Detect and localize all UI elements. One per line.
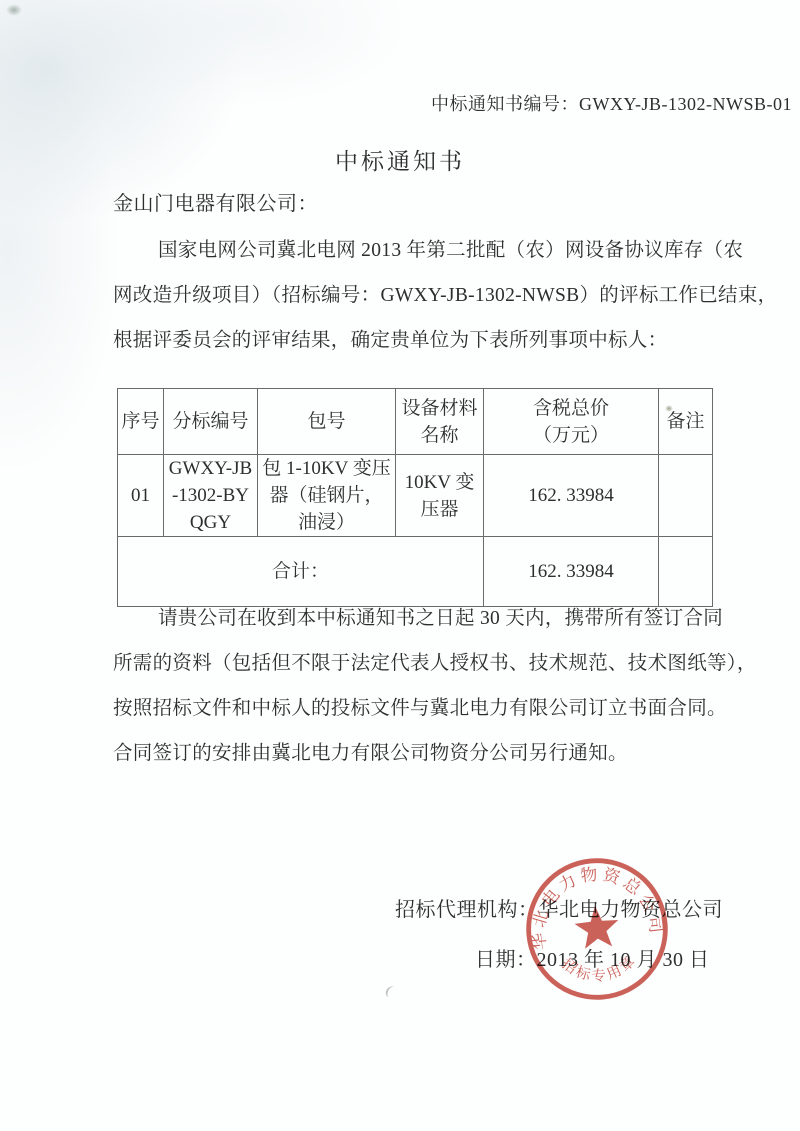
table-header-row: 序号 分标编号 包号 设备材料名称 含税总价 （万元） 备注 (118, 389, 713, 455)
paragraph-line: 所需的资料（包括但不限于法定代表人授权书、技术规范、技术图纸等）， (113, 641, 717, 686)
cell-seq: 01 (118, 455, 164, 537)
col-header-lot-number: 分标编号 (164, 389, 258, 455)
col-header-seq: 序号 (118, 389, 164, 455)
cell-remark (659, 455, 713, 537)
paragraph-line: 根据评委员会的评审结果，确定贵单位为下表所列事项中标人： (113, 318, 717, 363)
paragraph-line: 国家电网公司冀北电网 2013 年第二批配（农）网设备协议库存（农 (113, 228, 717, 273)
cell-total-price: 162. 33984 (484, 455, 659, 537)
cell-package: 包 1-10KV 变压器（硅钢片，油浸） (258, 455, 396, 537)
cell-lot-number: GWXY-JB-1302-BYQGY (164, 455, 258, 537)
paragraph-line: 合同签订的安排由冀北电力有限公司物资分公司另行通知。 (113, 731, 717, 776)
doc-number: 中标通知书编号：GWXY-JB-1302-NWSB-01 (0, 90, 792, 116)
paragraph-line: 网改造升级项目）（招标编号：GWXY-JB-1302-NWSB）的评标工作已结束… (113, 273, 717, 318)
scan-speck (665, 405, 673, 412)
scan-corner-mark (6, 4, 22, 16)
col-header-total-price: 含税总价 （万元） (484, 389, 659, 455)
addressee: 金山门电器有限公司： (113, 187, 318, 216)
paragraph-line: 请贵公司在收到本中标通知书之日起 30 天内，携带所有签订合同 (113, 596, 717, 641)
paragraph-instructions: 请贵公司在收到本中标通知书之日起 30 天内，携带所有签订合同 所需的资料（包括… (113, 596, 717, 776)
scan-mark (384, 984, 399, 999)
col-header-remark: 备注 (659, 389, 713, 455)
col-header-material-name: 设备材料名称 (396, 389, 484, 455)
col-header-package: 包号 (258, 389, 396, 455)
official-stamp: 华北电力物资总公司 招标专用章 (514, 846, 681, 1013)
paragraph-line: 按照招标文件和中标人的投标文件与冀北电力有限公司订立书面合同。 (113, 686, 717, 731)
table-row: 01 GWXY-JB-1302-BYQGY 包 1-10KV 变压器（硅钢片，油… (118, 455, 713, 537)
page-title: 中标通知书 (0, 143, 800, 176)
bid-results-table: 序号 分标编号 包号 设备材料名称 含税总价 （万元） 备注 01 GWXY-J… (117, 388, 713, 607)
document-page: 中标通知书编号：GWXY-JB-1302-NWSB-01 中标通知书 金山门电器… (0, 0, 800, 1131)
paragraph-intro: 国家电网公司冀北电网 2013 年第二批配（农）网设备协议库存（农 网改造升级项… (113, 228, 717, 363)
cell-material-name: 10KV 变压器 (396, 455, 484, 537)
stamp-star-icon (573, 904, 620, 949)
stamp-bottom-text: 招标专用章 (557, 948, 642, 988)
